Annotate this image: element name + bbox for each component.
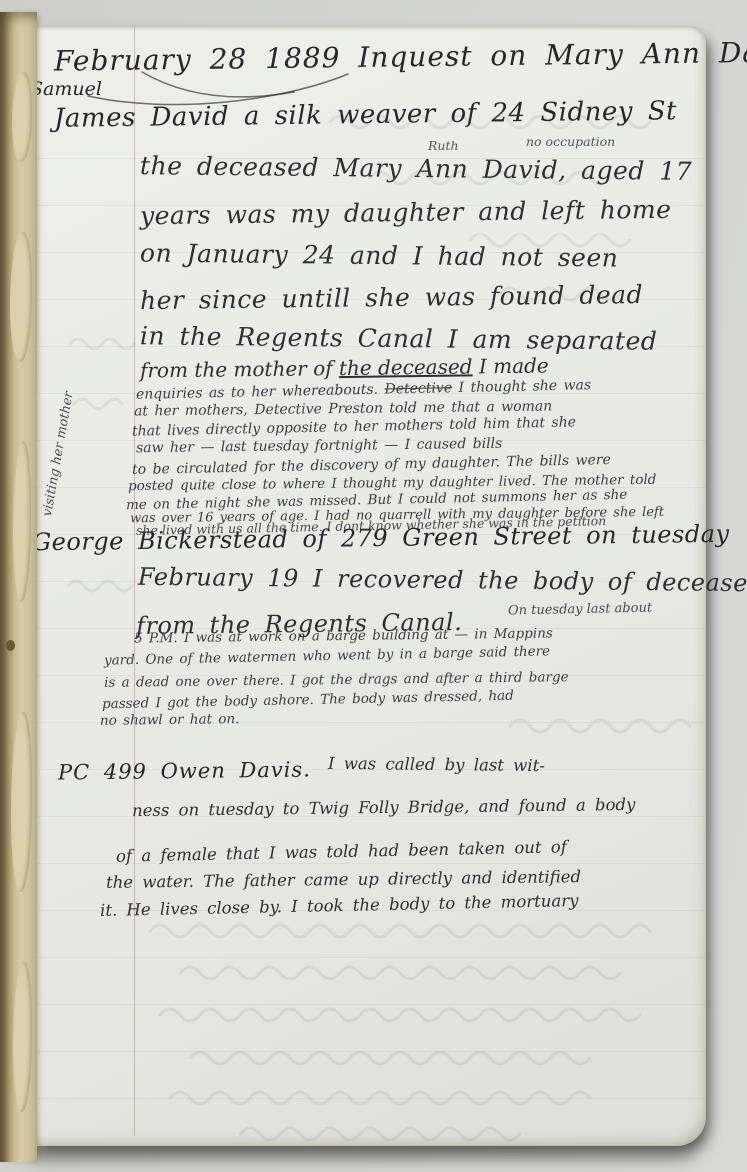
torn-paper-stub — [13, 442, 31, 602]
handwriting-line: her since untill she was found dead — [140, 280, 643, 315]
manuscript-scan: February 28 1889 Inquest on Mary Ann Dav… — [0, 0, 747, 1172]
manuscript-page: February 28 1889 Inquest on Mary Ann Dav… — [30, 26, 706, 1146]
torn-paper-stub — [13, 962, 32, 1112]
witness-name-heading: PC 499 Owen Davis. — [58, 757, 311, 784]
margin-note-samuel: Samuel — [30, 78, 102, 100]
handwriting-line: I was called by last wit- — [328, 754, 545, 775]
handwriting-line: from the mother of the deceased I made — [140, 354, 549, 383]
underlined-words: the deceased — [339, 354, 473, 380]
line-part: from the mother of — [140, 356, 339, 382]
handwriting-line: in the Regents Canal I am separated — [140, 321, 658, 355]
line-part: I made — [472, 354, 548, 379]
strikethrough-word: Detective — [384, 380, 452, 397]
torn-paper-stub — [12, 72, 32, 162]
insertion-note-occupation: no occupation — [526, 134, 615, 149]
handwriting-line: the deceased Mary Ann David, aged 17 — [140, 151, 692, 186]
torn-paper-stub — [10, 232, 32, 362]
line-part: I thought she was — [452, 377, 591, 396]
handwriting-line: On tuesday last about — [508, 600, 652, 618]
insertion-note-ruth: Ruth — [428, 138, 459, 153]
torn-paper-stub — [11, 712, 32, 892]
handwriting-line: no shawl or hat on. — [100, 711, 240, 729]
binding-edge — [0, 12, 37, 1162]
binding-hole — [6, 640, 15, 651]
handwriting-line: on January 24 and I had not seen — [140, 238, 619, 272]
